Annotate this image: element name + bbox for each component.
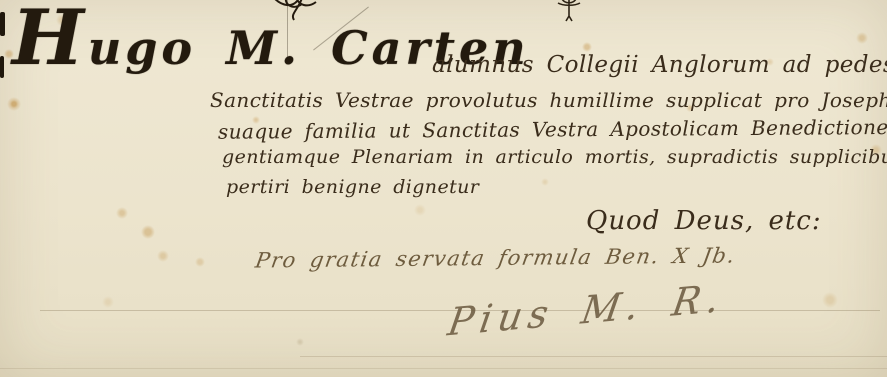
- signature: Pius M. R.: [445, 276, 729, 345]
- top-cross-flourish-icon: [552, 0, 586, 22]
- petition-line-2: Sanctitatis Vestrae provolutus humillime…: [210, 88, 887, 112]
- petition-line-3: suaque familia ut Sanctitas Vestra Apost…: [218, 114, 887, 143]
- rescript-annotation: Pro gratia servata formula Ben. X Jb.: [254, 243, 738, 272]
- fold-crease: [300, 356, 887, 357]
- petition-line-5: pertiri benigne dignetur: [226, 176, 479, 198]
- fold-crease: [0, 368, 887, 369]
- manuscript-page: Hugo M. Carten alumnus Collegii Anglorum…: [0, 0, 887, 377]
- petition-line-4: gentiamque Plenariam in articulo mortis,…: [222, 146, 887, 168]
- closing-formula: Quod Deus, etc:: [586, 206, 822, 236]
- petition-line-1: alumnus Collegii Anglorum ad pedes: [432, 52, 887, 78]
- scan-edge-mark: [0, 56, 4, 78]
- scan-edge-mark: [0, 12, 5, 36]
